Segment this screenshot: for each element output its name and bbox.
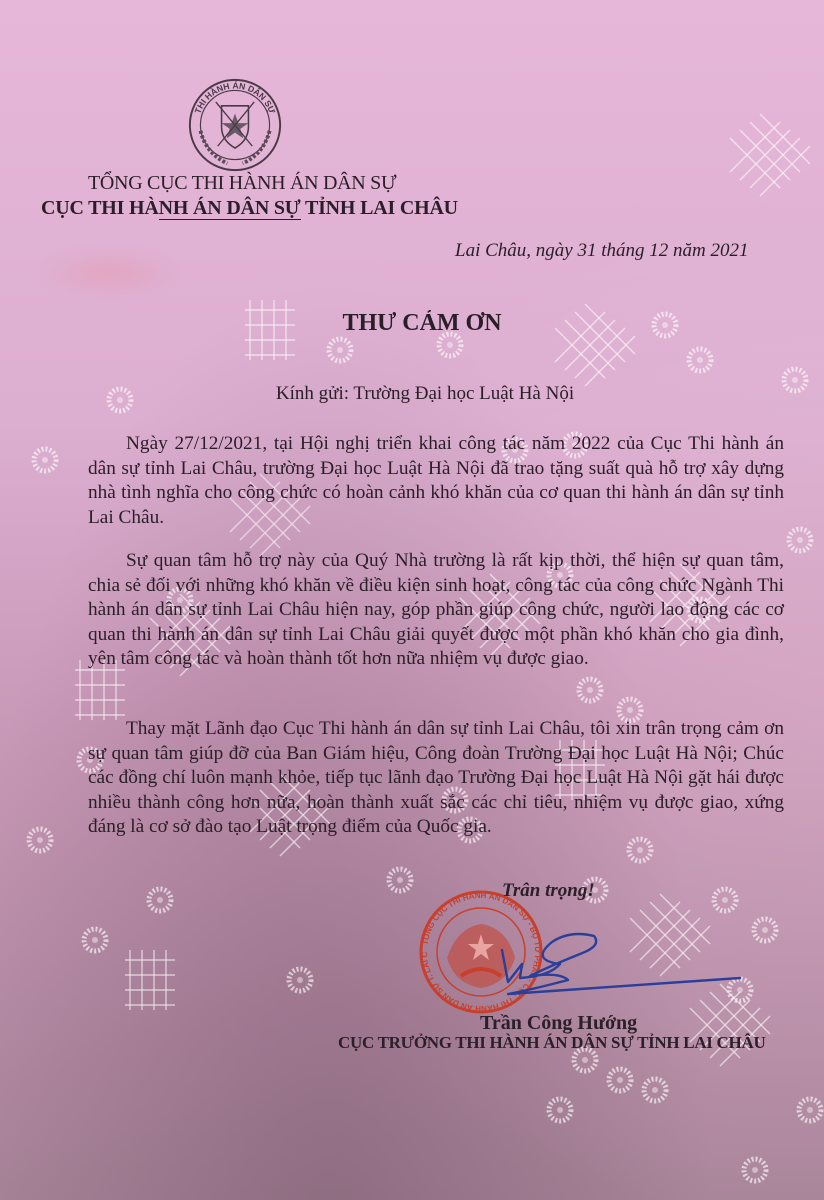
closing-phrase: Trân trọng! bbox=[502, 880, 595, 902]
handwritten-signature-icon bbox=[490, 920, 750, 1000]
letter-title: THƯ CẢM ƠN bbox=[0, 310, 824, 337]
civil-judgment-enforcement-emblem-icon: THI HÀNH ÁN DÂN SỰ bbox=[187, 77, 283, 173]
agency-name: CỤC THI HÀNH ÁN DÂN SỰ TỈNH LAI CHÂU bbox=[41, 197, 458, 220]
agency-parent-name: TỔNG CỤC THI HÀNH ÁN DÂN SỰ bbox=[88, 172, 396, 195]
paragraph-1: Ngày 27/12/2021, tại Hội nghị triển khai… bbox=[88, 432, 784, 530]
signer-name: Trần Công Hướng bbox=[480, 1012, 637, 1035]
signer-title: CỤC TRƯỞNG THI HÀNH ÁN DÂN SỰ TỈNH LAI C… bbox=[338, 1033, 765, 1053]
recipient-line: Kính gửi: Trường Đại học Luật Hà Nội bbox=[0, 383, 824, 405]
paragraph-2: Sự quan tâm hỗ trợ này của Quý Nhà trườn… bbox=[88, 549, 784, 672]
redacted-area bbox=[40, 248, 180, 298]
date-line: Lai Châu, ngày 31 tháng 12 năm 2021 bbox=[455, 240, 748, 262]
svg-text:THI HÀNH ÁN DÂN SỰ: THI HÀNH ÁN DÂN SỰ bbox=[193, 80, 278, 115]
paragraph-3: Thay mặt Lãnh đạo Cục Thi hành án dân sự… bbox=[88, 717, 784, 840]
